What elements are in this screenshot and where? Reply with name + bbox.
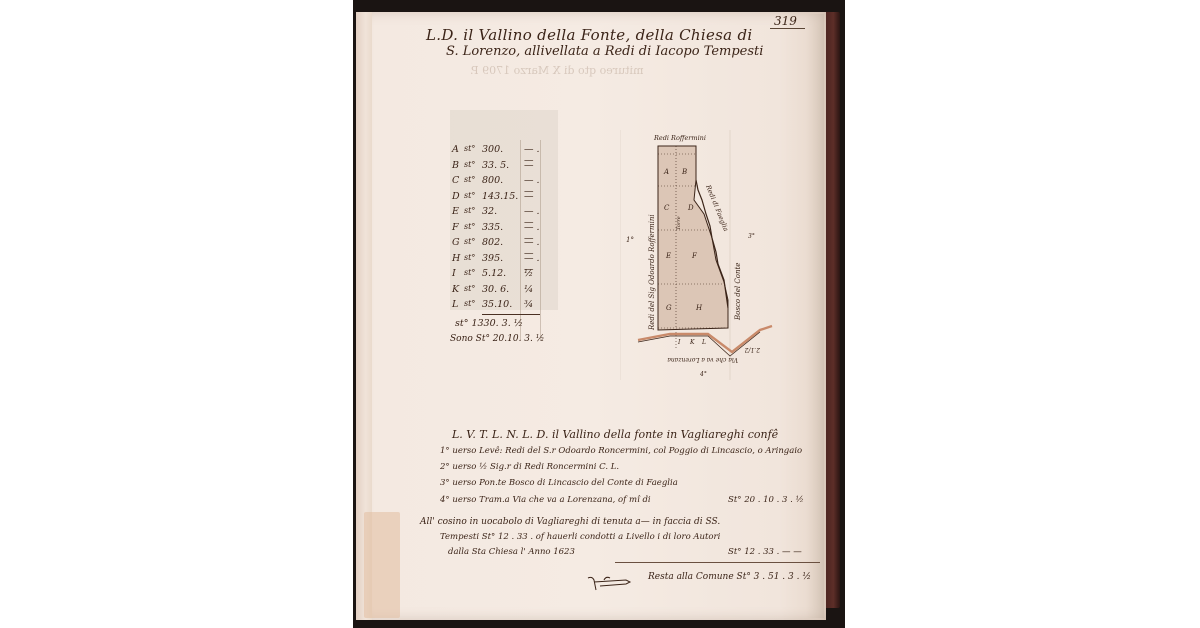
unit-abbrev: st° bbox=[464, 206, 475, 215]
map-marker-1: 1° bbox=[626, 236, 634, 244]
pointing-hand-icon bbox=[586, 572, 632, 594]
map-label-south: Via che va a Lorenzana bbox=[667, 356, 738, 363]
parcel-area: 335. bbox=[482, 222, 522, 233]
parcel-trail: ¼ bbox=[524, 284, 533, 295]
unit-abbrev: st° bbox=[464, 299, 475, 308]
parcel-letter: G bbox=[452, 237, 462, 248]
parcel-label-l: L bbox=[701, 339, 706, 346]
parcel-label-e: E bbox=[665, 252, 671, 260]
bleed-through-text: mitureo qto di X Marzo 1709 P. bbox=[470, 64, 643, 77]
paper-stain bbox=[364, 512, 400, 618]
parcel-area: 30. 6. bbox=[482, 284, 522, 295]
deed-note-3: dalla Sta Chiesa l' Anno 1623 bbox=[448, 547, 575, 557]
parcel-letter: F bbox=[452, 222, 462, 233]
summary-remaining: Resta alla Comune St° 3 . 51 . 3 . ½ bbox=[648, 572, 811, 582]
ledger-row: Est°32.— . — bbox=[452, 206, 552, 222]
map-note: 2.1/2 bbox=[744, 346, 761, 353]
parcel-letter: K bbox=[452, 284, 462, 295]
parcel-letter: I bbox=[452, 268, 462, 279]
deed-heading: L. V. T. L. N. L. D. il Vallino della fo… bbox=[452, 428, 778, 441]
parcel-label-h: H bbox=[695, 304, 703, 312]
ledger-row: Lst°35.10.¾ bbox=[452, 299, 552, 315]
deed-boundary-4: 4° uerso Tram.a Via che va a Lorenzana, … bbox=[440, 495, 651, 505]
parcel-label-a: A bbox=[663, 168, 669, 176]
deed-livello-amount: St° 12 . 33 . — — bbox=[728, 547, 802, 557]
ledger-total: st° 1330. 3. ½ bbox=[455, 318, 523, 329]
area-ledger: Ast°300.— . — Bst°33. 5.— Cst°800.— . — … bbox=[452, 144, 552, 315]
deed-note-1: All' cosino in uocabolo di Vagliareghi d… bbox=[420, 517, 720, 527]
ledger-row: Cst°800.— . — bbox=[452, 175, 552, 191]
map-marker-3: 3° bbox=[748, 233, 755, 240]
parcel-area: 800. bbox=[482, 175, 522, 186]
ledger-row: Fst°335.— . — bbox=[452, 222, 552, 238]
map-label-east-lower: Bosco del Conte bbox=[734, 263, 742, 321]
parcel-letter: D bbox=[452, 191, 462, 202]
unit-abbrev: st° bbox=[464, 253, 475, 262]
map-label-north: Redi Roffermini bbox=[653, 134, 706, 142]
parcel-letter: E bbox=[452, 206, 462, 217]
parcel-map-drawing: A B C D E F G H I K L 2° Redi Roffermini… bbox=[620, 130, 780, 390]
parcel-letter: H bbox=[452, 253, 462, 264]
unit-abbrev: st° bbox=[464, 160, 475, 169]
parcel-area: 33. 5. bbox=[482, 160, 522, 171]
unit-abbrev: st° bbox=[464, 268, 475, 277]
parcel-area: 395. bbox=[482, 253, 522, 264]
ledger-row: Bst°33. 5.— bbox=[452, 160, 552, 176]
unit-abbrev: st° bbox=[464, 191, 475, 200]
tower-label: Torre bbox=[676, 216, 682, 230]
ledger-row: Kst°30. 6.¼ bbox=[452, 284, 552, 300]
parcel-area: 802. bbox=[482, 237, 522, 248]
parcel-letter: L bbox=[452, 299, 462, 310]
parcel-trail: — bbox=[524, 160, 534, 171]
parcel-area: 35.10. bbox=[482, 299, 522, 310]
parcel-letter: B bbox=[452, 160, 462, 171]
parcel-label-g: G bbox=[666, 304, 672, 312]
parcel-trail: ¾ bbox=[524, 299, 533, 310]
unit-abbrev: st° bbox=[464, 222, 475, 231]
parcel-letter: C bbox=[452, 175, 462, 186]
parcel-area: 32. bbox=[482, 206, 522, 217]
summary-rule bbox=[615, 562, 820, 563]
parcel-label-k: K bbox=[689, 339, 695, 346]
parcel-map: A B C D E F G H I K L 2° Redi Roffermini… bbox=[620, 130, 780, 390]
ledger-row: Hst°395.— . — bbox=[452, 253, 552, 269]
page-fore-edge bbox=[806, 14, 824, 618]
ledger-total-rule bbox=[482, 314, 540, 315]
map-marker-4: 4° bbox=[699, 371, 707, 378]
parcel-area: 5.12. bbox=[482, 268, 522, 279]
map-label-west: Redi del Sig Odoardo Roffermini bbox=[648, 214, 656, 331]
ledger-row: Dst°143.15.— bbox=[452, 191, 552, 207]
parcel-letter: A bbox=[452, 144, 462, 155]
parcel-area: 300. bbox=[482, 144, 522, 155]
parcel-trail: ½ bbox=[524, 268, 533, 279]
parcel-label-i: I bbox=[677, 339, 681, 346]
parcel-label-d: D bbox=[687, 204, 694, 212]
unit-abbrev: st° bbox=[464, 144, 475, 153]
unit-abbrev: st° bbox=[464, 237, 475, 246]
parcel-area: 143.15. bbox=[482, 191, 522, 202]
deed-boundary-3: 3° uerso Pon.te Bosco di Lincascio del C… bbox=[440, 478, 678, 488]
page-title-line-1: L.D. il Vallino della Fonte, della Chies… bbox=[426, 26, 752, 44]
parcel-label-c: C bbox=[664, 204, 670, 212]
parcel-trail: — bbox=[524, 191, 534, 202]
deed-boundary-2: 2° uerso ½ Sig.r di Redi Roncermini C. L… bbox=[440, 462, 619, 472]
page-number: 319 bbox=[770, 14, 805, 29]
ledger-row: Ast°300.— . — bbox=[452, 144, 552, 160]
ledger-sum: Sono St° 20.10. 3. ½ bbox=[450, 334, 544, 344]
deed-note-2: Tempesti St° 12 . 33 . of hauerli condot… bbox=[440, 532, 720, 542]
parcel-label-b: B bbox=[681, 168, 687, 176]
deed-boundary-1: 1° uerso Levê: Redi del S.r Odoardo Ronc… bbox=[440, 446, 802, 456]
ledger-row: Gst°802.— . — bbox=[452, 237, 552, 253]
unit-abbrev: st° bbox=[464, 175, 475, 184]
ledger-row: Ist°5.12.½ bbox=[452, 268, 552, 284]
deed-total-amount: St° 20 . 10 . 3 . ½ bbox=[728, 495, 804, 505]
page-title-line-2: S. Lorenzo, allivellata a Redi di Iacopo… bbox=[446, 44, 763, 59]
unit-abbrev: st° bbox=[464, 284, 475, 293]
